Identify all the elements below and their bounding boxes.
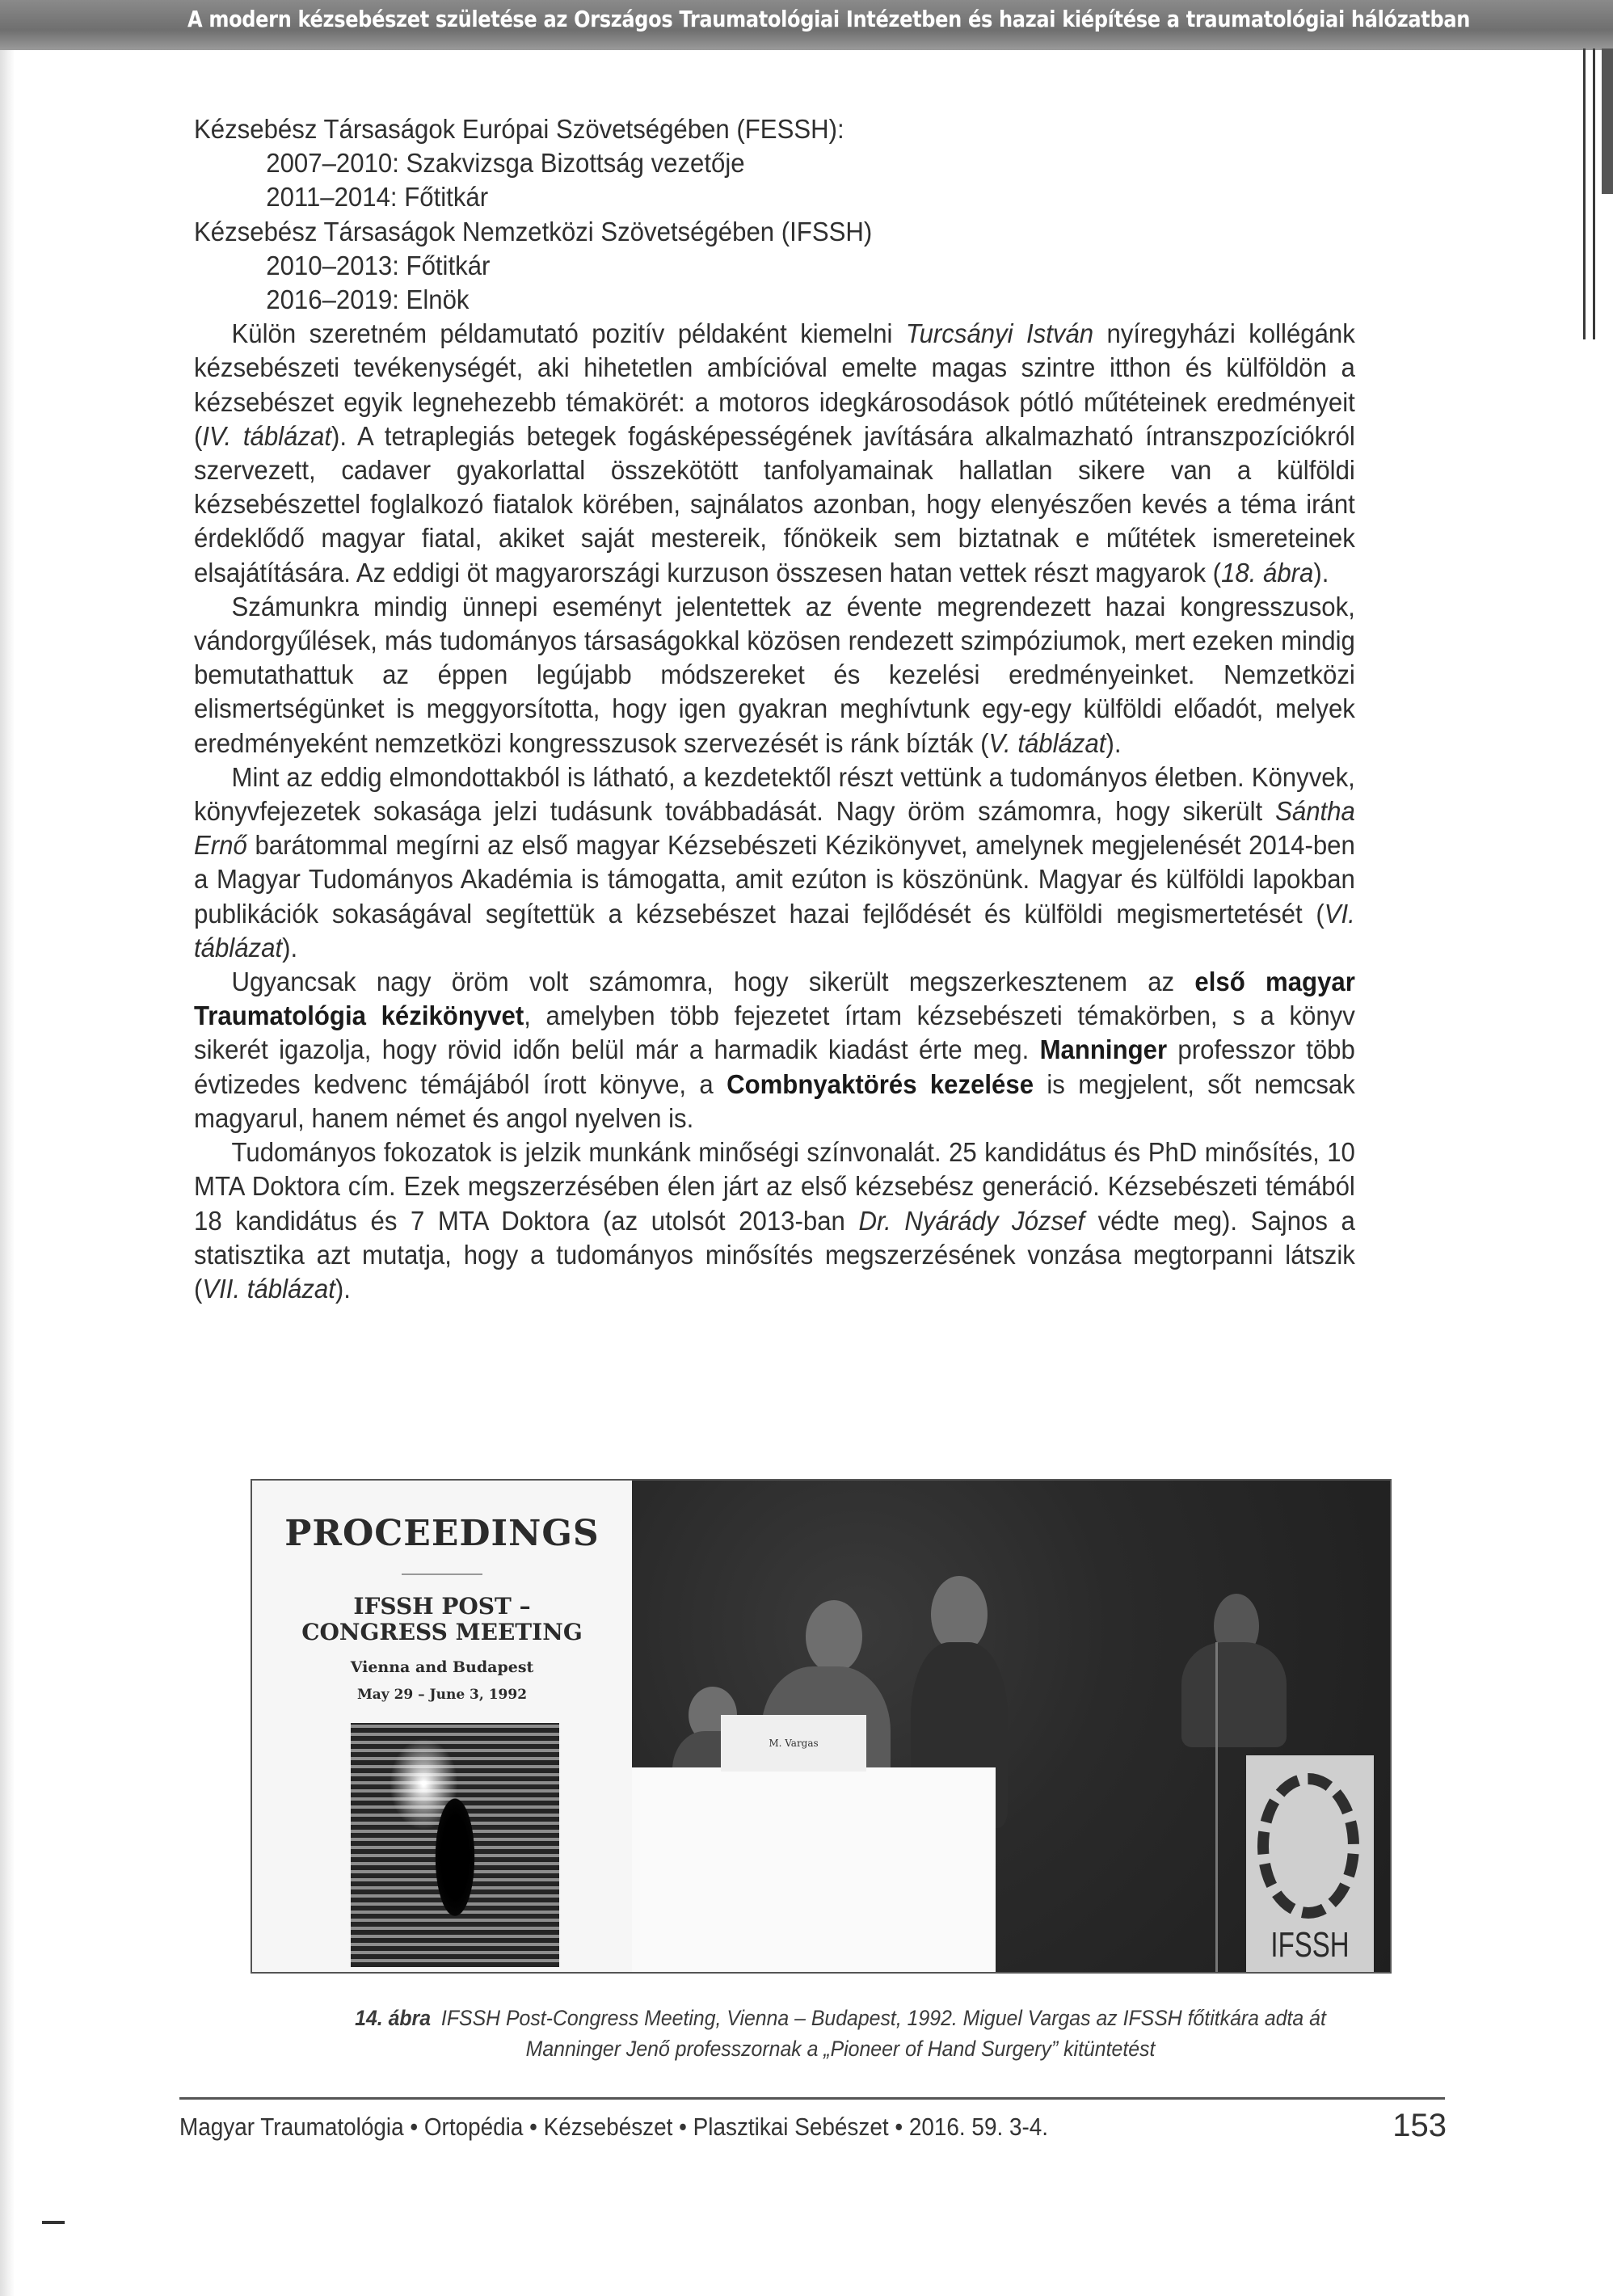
paragraph-publications: Mint az eddig elmondottakból is látható,…: [194, 761, 1355, 966]
caption-text: IFSSH Post-Congress Meeting, Vienna – Bu…: [441, 2006, 1326, 2061]
figure-number: 14. ábra: [355, 2006, 431, 2030]
role-term: 2016–2019: Elnök: [194, 284, 1355, 318]
ceremony-photo: M. Vargas IFSSH: [632, 1481, 1390, 1972]
page-number: 153: [1382, 2108, 1447, 2144]
margin-rule: [1593, 48, 1595, 339]
person-name: Turcsányi István: [906, 319, 1093, 349]
podium-logo-text: IFSSH: [1262, 1925, 1358, 1965]
cover-statue-photo: [351, 1723, 559, 1967]
ifssh-podium-sign: IFSSH: [1246, 1755, 1374, 1972]
cover-place: Vienna and Budapest: [252, 1658, 632, 1676]
role-term: 2007–2010: Szakvizsga Bizottság vezetője: [194, 147, 1355, 181]
person-name: Manninger: [1040, 1035, 1168, 1065]
role-org: Kézsebész Társaságok Nemzetközi Szövetsé…: [194, 216, 1355, 250]
person-name: Dr. Nyárády József: [858, 1207, 1084, 1236]
table-cloth: [632, 1767, 996, 1972]
article-body: Kézsebész Társaságok Európai Szövetségéb…: [194, 113, 1355, 1307]
cover-subtitle: IFSSH POST – CONGRESS MEETING: [252, 1594, 632, 1645]
table-reference: IV. táblázat: [202, 422, 331, 452]
running-title: A modern kézsebészet születése az Ország…: [187, 3, 1396, 36]
table-reference: V. táblázat: [989, 729, 1106, 759]
figure-reference: 18. ábra: [1221, 558, 1313, 588]
person-figure: [1181, 1642, 1287, 1747]
cover-date: May 29 – June 3, 1992: [252, 1687, 632, 1703]
person-head: [806, 1600, 862, 1673]
paragraph-congresses: Számunkra mindig ünnepi eseményt jelente…: [194, 591, 1355, 761]
cover-divider: [402, 1573, 482, 1575]
book-title: Combnyaktörés kezelése: [726, 1070, 1034, 1100]
chapter-tab: [1602, 48, 1613, 194]
paragraph-turcsanyi: Külön szeretném példamutató pozitív péld…: [194, 318, 1355, 591]
role-org: Kézsebész Társaságok Európai Szövetségéb…: [194, 113, 1355, 147]
name-plate: M. Vargas: [721, 1715, 866, 1772]
crop-mark: [42, 2221, 65, 2224]
person-head: [931, 1576, 988, 1653]
role-term: 2011–2014: Főtitkár: [194, 181, 1355, 215]
role-term: 2010–2013: Főtitkár: [194, 250, 1355, 284]
microphone-stand: [1215, 1642, 1218, 1972]
journal-citation: Magyar Traumatológia • Ortopédia • Kézse…: [179, 2111, 1048, 2143]
table-reference: VII. táblázat: [202, 1274, 335, 1304]
cover-title: PROCEEDINGS: [252, 1513, 632, 1554]
paragraph-handbooks: Ugyancsak nagy öröm volt számomra, hogy …: [194, 966, 1355, 1136]
figure-caption: 14. ábraIFSSH Post-Congress Meeting, Vie…: [320, 2003, 1361, 2064]
globe-logo-icon: [1257, 1773, 1359, 1919]
margin-rule: [1583, 48, 1586, 339]
paragraph-degrees: Tudományos fokozatok is jelzik munkánk m…: [194, 1136, 1355, 1307]
running-header: A modern kézsebészet születése az Ország…: [0, 0, 1613, 50]
figure-14: PROCEEDINGS IFSSH POST – CONGRESS MEETIN…: [251, 1479, 1392, 1974]
proceedings-cover-image: PROCEEDINGS IFSSH POST – CONGRESS MEETIN…: [252, 1481, 632, 1972]
scan-left-edge: [0, 0, 15, 2296]
footer-divider: [179, 2097, 1445, 2100]
